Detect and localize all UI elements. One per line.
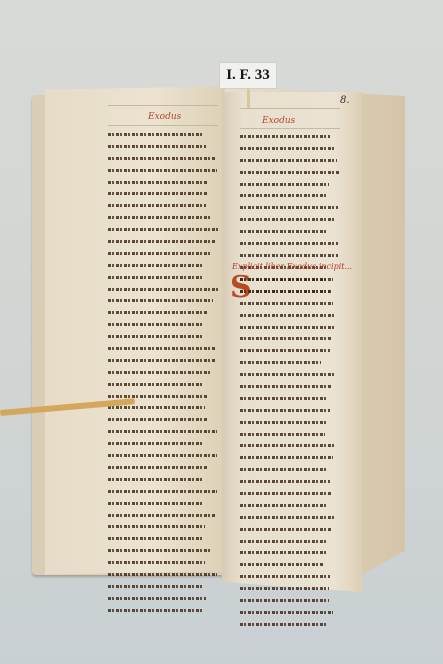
- text-line: [240, 183, 340, 192]
- text-line: [108, 514, 218, 523]
- shelfmark-label: I. F. 33: [219, 62, 277, 89]
- text-line: [240, 575, 335, 584]
- text-line: [108, 454, 218, 463]
- text-line: [240, 409, 335, 418]
- left-running-title: Exodus: [148, 112, 181, 122]
- text-line: [240, 563, 335, 572]
- text-line: [108, 252, 218, 261]
- text-line: [108, 311, 218, 320]
- text-line: [240, 397, 335, 406]
- text-line: [240, 171, 340, 180]
- text-line: [240, 290, 335, 299]
- text-line: [108, 371, 218, 380]
- text-line: [108, 466, 218, 475]
- text-line: [108, 299, 218, 308]
- text-line: [240, 540, 335, 549]
- ruling-line: [108, 125, 218, 126]
- text-line: [240, 468, 335, 477]
- text-line: [240, 611, 335, 620]
- left-text-block: [108, 130, 218, 618]
- ruling-line: [240, 128, 340, 129]
- text-line: [108, 288, 218, 297]
- text-line: [108, 276, 218, 285]
- text-line: [108, 323, 218, 332]
- text-line: [240, 444, 335, 453]
- text-line: [108, 406, 218, 415]
- text-line: [108, 240, 218, 249]
- text-line: [108, 561, 218, 570]
- text-line: [240, 421, 335, 430]
- text-line: [240, 516, 335, 525]
- text-line: [108, 525, 218, 534]
- text-line: [108, 335, 218, 344]
- text-line: [108, 181, 218, 190]
- text-line: [108, 549, 218, 558]
- text-line: [108, 228, 218, 237]
- text-line: [240, 480, 335, 489]
- manuscript-photo: Exodus Exodus 8. Explicit liber Exodus i…: [0, 0, 443, 664]
- text-line: [108, 478, 218, 487]
- text-line: [240, 135, 340, 144]
- text-line: [108, 264, 218, 273]
- text-line: [108, 418, 218, 427]
- text-line: [240, 326, 335, 335]
- text-line: [240, 278, 335, 287]
- text-line: [240, 433, 335, 442]
- text-line: [108, 359, 218, 368]
- text-line: [108, 216, 218, 225]
- text-line: [108, 204, 218, 213]
- text-line: [108, 192, 218, 201]
- text-line: [240, 159, 340, 168]
- text-line: [108, 430, 218, 439]
- ruling-line: [240, 108, 340, 109]
- text-line: [240, 349, 335, 358]
- text-line: [240, 302, 335, 311]
- text-line: [240, 337, 335, 346]
- text-line: [108, 490, 218, 499]
- text-line: [108, 169, 218, 178]
- text-line: [108, 585, 218, 594]
- text-line: [108, 537, 218, 546]
- text-line: [240, 599, 335, 608]
- text-line: [108, 133, 218, 142]
- text-line: [240, 623, 335, 632]
- right-text-block-top: [240, 132, 340, 298]
- text-line: [108, 157, 218, 166]
- text-line: [240, 528, 335, 537]
- text-line: [108, 145, 218, 154]
- right-text-block-bottom: [240, 275, 335, 632]
- text-line: [108, 347, 218, 356]
- right-running-title: Exodus: [262, 116, 295, 126]
- text-line: [240, 147, 340, 156]
- label-stick: [247, 86, 250, 108]
- text-line: [240, 492, 335, 501]
- text-line: [240, 314, 335, 323]
- text-line: [108, 573, 218, 582]
- text-line: [108, 597, 218, 606]
- text-line: [240, 373, 335, 382]
- text-line: [108, 442, 218, 451]
- text-line: [240, 385, 335, 394]
- text-line: [240, 218, 340, 227]
- text-line: [240, 551, 335, 560]
- text-line: [240, 587, 335, 596]
- text-line: [240, 194, 340, 203]
- text-line: [240, 230, 340, 239]
- text-line: [240, 361, 335, 370]
- text-line: [108, 502, 218, 511]
- text-line: [108, 609, 218, 618]
- text-line: [108, 383, 218, 392]
- text-line: [240, 504, 335, 513]
- text-line: [240, 242, 340, 251]
- text-line: [240, 456, 335, 465]
- folio-number: 8.: [340, 95, 350, 106]
- text-line: [240, 206, 340, 215]
- ruling-line: [108, 105, 218, 106]
